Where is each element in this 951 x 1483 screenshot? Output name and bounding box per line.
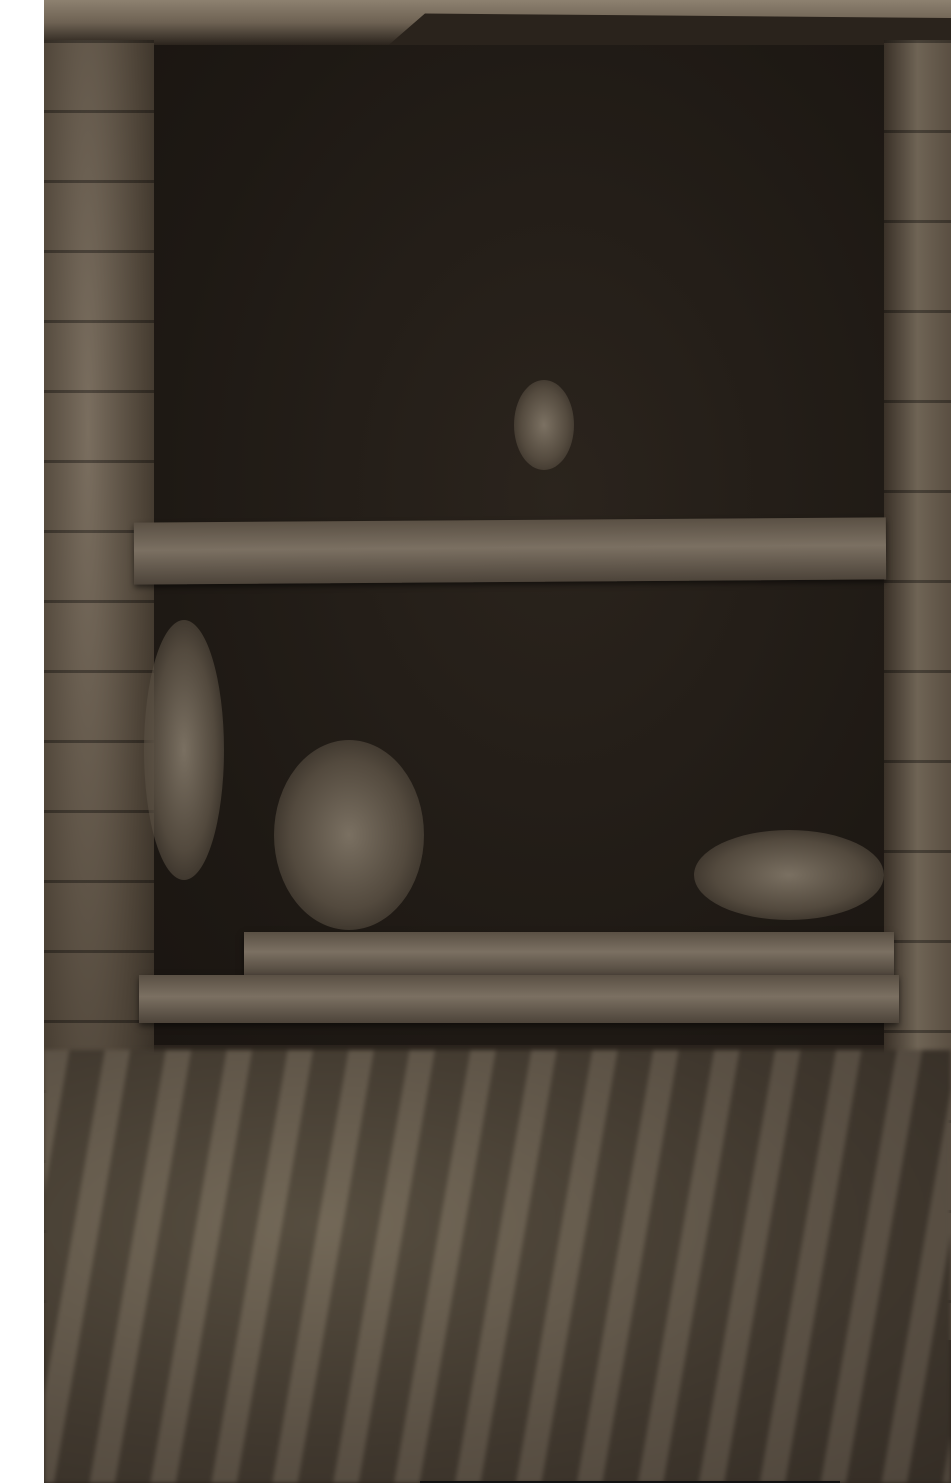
lower-wooden-rail (139, 975, 899, 1023)
blurred-foreground-foliage (44, 1050, 951, 1483)
stone-lintel (44, 0, 951, 45)
middle-wooden-board (244, 932, 894, 976)
left-white-margin (0, 0, 44, 1483)
sepia-photograph (44, 0, 951, 1483)
plaster-patch (694, 830, 884, 920)
upper-wooden-rail (134, 517, 886, 584)
plaster-patch (514, 380, 574, 470)
plaster-patch (144, 620, 224, 880)
plaster-patch (274, 740, 424, 930)
